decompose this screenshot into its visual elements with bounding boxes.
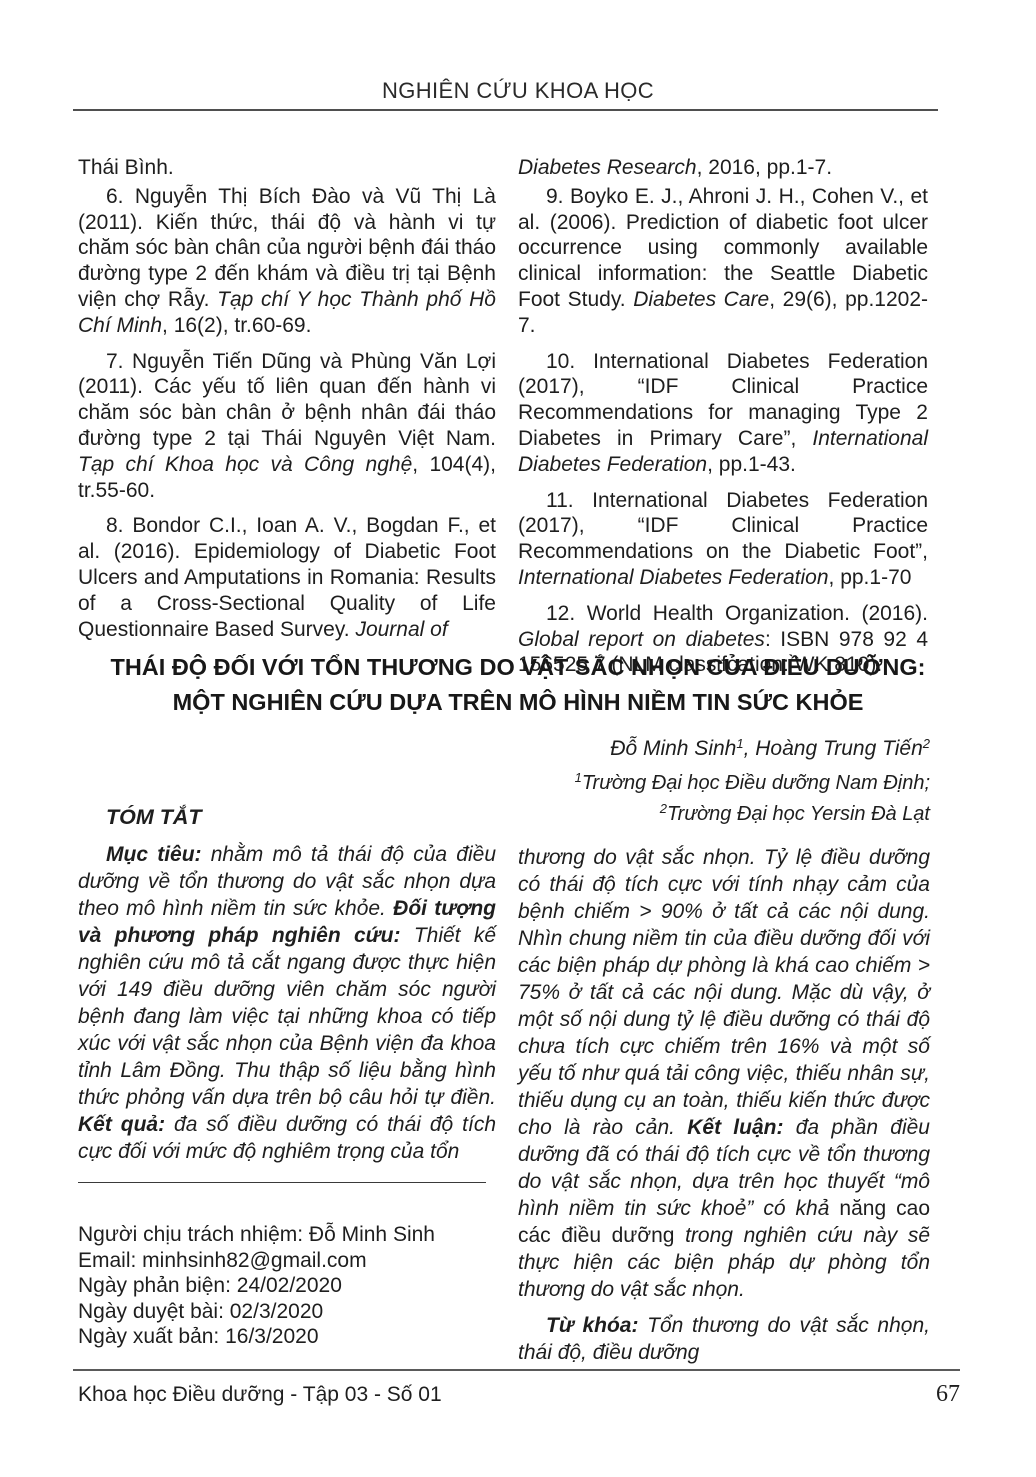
correspondence-block: Người chịu trách nhiệm: Đỗ Minh Sinh Ema… (78, 1182, 496, 1350)
abstract-heading: TÓM TẮT (78, 805, 496, 830)
correspondence-lines: Người chịu trách nhiệm: Đỗ Minh Sinh Ema… (78, 1222, 496, 1350)
footer-rule (73, 1369, 960, 1371)
abstract-paragraph-right: thương do vật sắc nhọn. Tỷ lệ điều dưỡng… (518, 844, 930, 1303)
author-affiliation-1: 1Trường Đại học Điều dưỡng Nam Định; (300, 765, 930, 797)
reference-5-continuation: Thái Bình. (78, 155, 496, 181)
references-right-column: Diabetes Research, 2016, pp.1-7. 9. Boyk… (518, 155, 928, 688)
correspondence-publish-date: Ngày xuất bản: 16/3/2020 (78, 1324, 496, 1350)
article-title-line-1: THÁI ĐỘ ĐỐI VỚI TỔN THƯƠNG DO VẬT SẮC NH… (40, 650, 996, 685)
reference-8-continuation: Diabetes Research, 2016, pp.1-7. (518, 155, 928, 181)
article-authors: Đỗ Minh Sinh1, Hoàng Trung Tiến2 (300, 731, 930, 763)
reference-8: 8. Bondor C.I., Ioan A. V., Bogdan F., e… (78, 513, 496, 642)
header-rule (73, 109, 938, 111)
abstract-keywords: Từ khóa: Tổn thương do vật sắc nhọn, thá… (518, 1312, 930, 1366)
journal-footer-text: Khoa học Điều dưỡng - Tập 03 - Số 01 (78, 1383, 442, 1407)
correspondence-accept-date: Ngày duyệt bài: 02/3/2020 (78, 1299, 496, 1325)
abstract-right-column: thương do vật sắc nhọn. Tỷ lệ điều dưỡng… (518, 805, 930, 1366)
correspondence-email: Email: minhsinh82@gmail.com (78, 1248, 496, 1274)
article-title: THÁI ĐỘ ĐỐI VỚI TỔN THƯƠNG DO VẬT SẮC NH… (40, 650, 996, 720)
reference-9: 9. Boyko E. J., Ahroni J. H., Cohen V., … (518, 184, 928, 339)
references-left-column: Thái Bình. 6. Nguyễn Thị Bích Đào và Vũ … (78, 155, 496, 652)
reference-7: 7. Nguyễn Tiến Dũng và Phùng Văn Lợi (20… (78, 349, 496, 504)
reference-11: 11. International Diabetes Federation (2… (518, 488, 928, 591)
running-head: NGHIÊN CỨU KHOA HỌC (0, 78, 1036, 104)
abstract-left-column: TÓM TẮT Mục tiêu: nhằm mô tả thái độ của… (78, 805, 496, 1350)
journal-page: NGHIÊN CỨU KHOA HỌC Thái Bình. 6. Nguyễn… (0, 0, 1036, 1477)
correspondence-responsible: Người chịu trách nhiệm: Đỗ Minh Sinh (78, 1222, 496, 1248)
page-footer: Khoa học Điều dưỡng - Tập 03 - Số 01 67 (78, 1381, 960, 1408)
article-title-line-2: MỘT NGHIÊN CỨU DỰA TRÊN MÔ HÌNH NIỀM TIN… (40, 685, 996, 720)
correspondence-review-date: Ngày phản biện: 24/02/2020 (78, 1273, 496, 1299)
reference-6: 6. Nguyễn Thị Bích Đào và Vũ Thị Là (201… (78, 184, 496, 339)
abstract-paragraph-left: Mục tiêu: nhằm mô tả thái độ của điều dư… (78, 841, 496, 1165)
reference-10: 10. International Diabetes Federation (2… (518, 349, 928, 478)
page-number: 67 (936, 1381, 960, 1408)
footnote-divider (78, 1182, 486, 1183)
